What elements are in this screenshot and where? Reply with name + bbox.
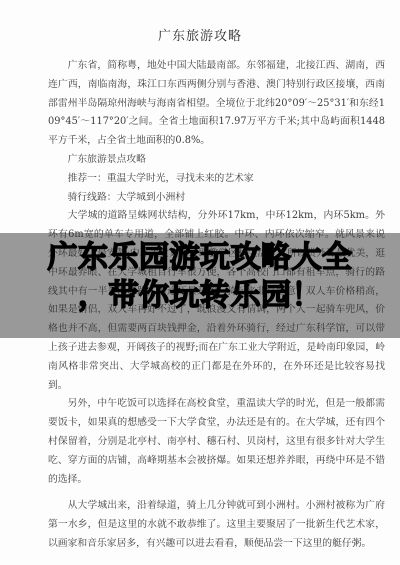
overlay-banner: 广东乐园游玩攻略大全 ，带你玩转乐园！ (0, 233, 400, 338)
overlay-headline-line1: 广东乐园游玩攻略大全 (48, 239, 353, 277)
document-page: 广东旅游攻略 广东省，简称粤，地处中国大陆最南部。东邻福建，北接江西、湖南，西连… (0, 0, 400, 565)
document-title: 广东旅游攻略 (0, 0, 400, 44)
paragraph-route-heading: 骑行线路：大学城到小洲村 (48, 189, 385, 208)
paragraph-food-detail: 另外，中午吃饭可以选择在高校食堂，重温读大学的时光，但是一般都需要饭卡，如果真的… (48, 395, 385, 489)
overlay-headline-line2: ，带你玩转乐园！ (78, 277, 322, 315)
paragraph-recommendation-heading: 推荐一：重温大学时光，寻找未来的艺术家 (48, 170, 385, 189)
paragraph-section-heading: 广东旅游景点攻略 (48, 151, 385, 170)
paragraph-intro: 广东省，简称粤，地处中国大陆最南部。东邻福建，北接江西、湖南，西连广西，南临南海… (48, 57, 385, 151)
paragraph-xiaozhou-village: 从大学城出来，沿着绿道，骑上几分钟就可到小洲村。小洲村被称为广府第一水乡，但是这… (48, 497, 385, 553)
